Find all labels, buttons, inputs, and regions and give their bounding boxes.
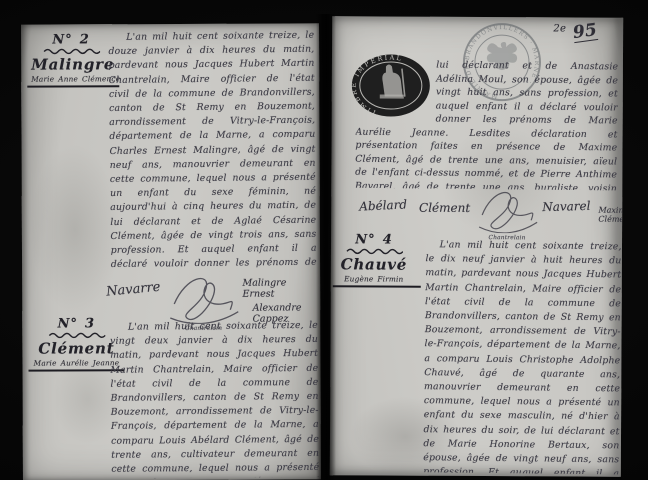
margin-note-entry3: N° 3 Clément Marie Aurélie Jeanne xyxy=(32,316,120,371)
folio-mention: 2e xyxy=(553,23,566,34)
signature-father-last: Clément xyxy=(419,201,470,215)
squiggle-divider-icon xyxy=(47,331,105,338)
paraph-flourish-icon xyxy=(474,189,540,233)
act-number: N° 4 xyxy=(337,232,411,247)
margin-given-names: Marie Anne Clémence xyxy=(31,74,111,83)
signature-witness1: Navarre xyxy=(106,280,161,300)
act-text-entry2: L'an mil huit cent soixante treize, le d… xyxy=(108,29,317,273)
margin-note-entry4: N° 4 Chauvé Eugène Firmin xyxy=(337,232,411,287)
margin-surname: Clément xyxy=(32,339,120,357)
act-text-entry3-left: L'an mil huit cent soixante treize, le v… xyxy=(110,319,320,479)
margin-rule xyxy=(333,285,421,287)
right-page: 2e 95 MAIRIE DE BRANDONVILLERS · MARNE · xyxy=(330,16,623,477)
photo-background: N° 2 Malingre Marie Anne Clémence L'an m… xyxy=(0,0,648,480)
margin-surname: Malingre xyxy=(31,55,111,73)
act-text-entry3-right: lui déclarant et de Anastasie Adélina Mo… xyxy=(355,58,618,191)
act-number: N° 2 xyxy=(31,32,111,47)
book-gutter xyxy=(316,14,336,480)
folio-annotation: 2e 95 xyxy=(553,23,597,41)
squiggle-divider-icon xyxy=(345,247,403,254)
squiggle-divider-icon xyxy=(42,47,100,54)
signature-row-entry3: Abélard Clément Chantrelain Navarel Maxi… xyxy=(359,188,615,233)
margin-given-names: Eugène Firmin xyxy=(337,274,411,283)
margin-note-entry2: N° 2 Malingre Marie Anne Clémence xyxy=(31,32,111,87)
signature-declarant: Malingre Ernest xyxy=(242,277,318,299)
paraph-flourish-icon xyxy=(166,274,240,324)
act-text-entry4: L'an mil huit cent soixante treize, le d… xyxy=(423,238,622,474)
margin-rule xyxy=(27,85,119,87)
signature-father-first: Abélard xyxy=(359,197,407,213)
paraph-flourish: Chantrelain xyxy=(474,189,540,237)
signature-witness1: Navarel xyxy=(542,199,591,214)
act-number: N° 3 xyxy=(32,316,120,331)
stamp-spacer xyxy=(356,58,437,119)
signature-witness2: Maxime Clément xyxy=(598,206,623,224)
left-page: N° 2 Malingre Marie Anne Clémence L'an m… xyxy=(21,23,321,480)
margin-surname: Chauvé xyxy=(337,255,411,273)
margin-given-names: Marie Aurélie Jeanne xyxy=(32,358,120,367)
folio-page-number: 95 xyxy=(572,22,598,43)
